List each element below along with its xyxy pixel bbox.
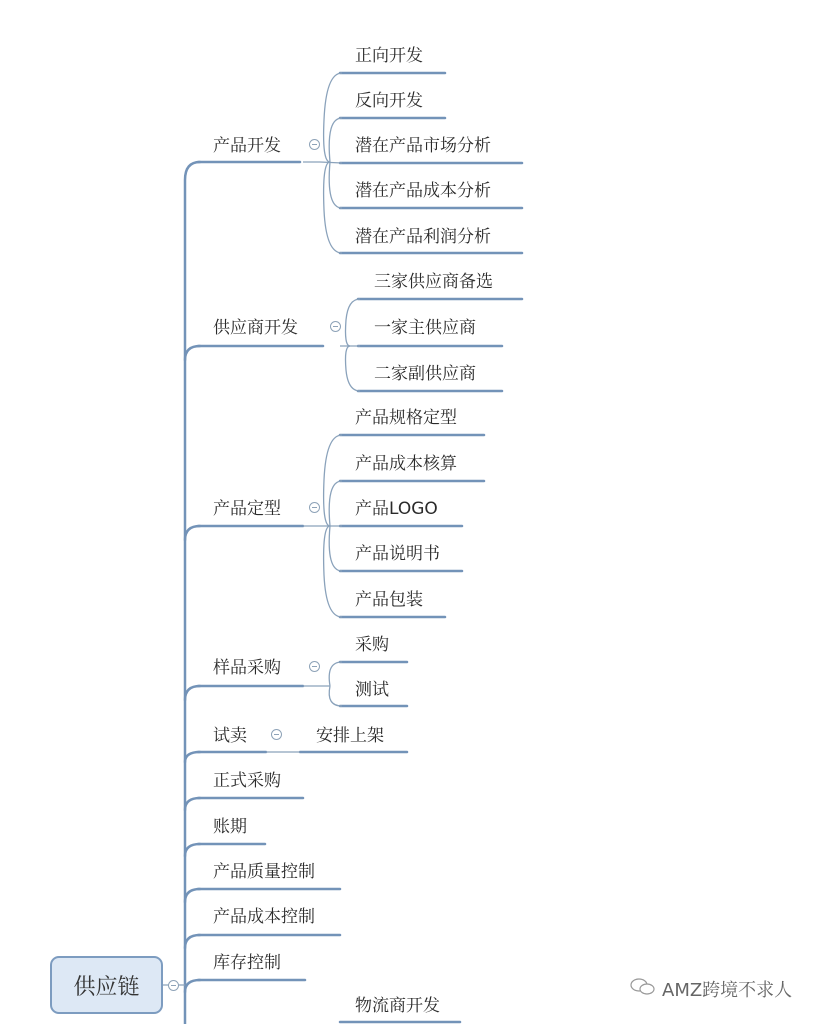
leaf-node[interactable]: 产品规格定型 [355, 408, 457, 428]
collapse-toggle-icon[interactable] [309, 661, 320, 672]
leaf-node[interactable]: 产品说明书 [355, 544, 440, 564]
leaf-node[interactable]: 测试 [355, 680, 389, 700]
leaf-node[interactable]: 三家供应商备选 [374, 272, 493, 292]
watermark-text: AMZ跨境不求人 [662, 976, 792, 1002]
leaf-node[interactable]: 产品LOGO [355, 499, 438, 519]
root-label: 供应链 [73, 970, 139, 1001]
branch-quality-control[interactable]: 产品质量控制 [213, 862, 315, 882]
branch-product-development[interactable]: 产品开发 [213, 136, 281, 156]
leaf-node[interactable]: 二家副供应商 [374, 364, 476, 384]
leaf-node[interactable]: 一家主供应商 [374, 318, 476, 338]
collapse-toggle-icon[interactable] [309, 139, 320, 150]
collapse-toggle-icon[interactable] [330, 321, 341, 332]
collapse-toggle-icon[interactable] [309, 502, 320, 513]
collapse-toggle-icon[interactable] [168, 980, 179, 991]
leaf-node[interactable]: 采购 [355, 635, 389, 655]
leaf-node[interactable]: 潜在产品市场分析 [355, 136, 491, 156]
leaf-node[interactable]: 物流商开发 [355, 996, 440, 1016]
branch-inventory-control[interactable]: 库存控制 [213, 953, 281, 973]
branch-payment-terms[interactable]: 账期 [213, 817, 247, 837]
leaf-node[interactable]: 产品包装 [355, 590, 423, 610]
branch-cost-control[interactable]: 产品成本控制 [213, 907, 315, 927]
branch-product-finalization[interactable]: 产品定型 [213, 499, 281, 519]
leaf-node[interactable]: 潜在产品利润分析 [355, 227, 491, 247]
collapse-toggle-icon[interactable] [271, 729, 282, 740]
leaf-node[interactable]: 反向开发 [355, 91, 423, 111]
branch-supplier-development[interactable]: 供应商开发 [213, 318, 298, 338]
leaf-node[interactable]: 产品成本核算 [355, 454, 457, 474]
branch-formal-purchase[interactable]: 正式采购 [213, 771, 281, 791]
leaf-node[interactable]: 安排上架 [316, 726, 384, 746]
wechat-icon [630, 977, 656, 1002]
branch-sample-purchase[interactable]: 样品采购 [213, 658, 281, 678]
leaf-node[interactable]: 潜在产品成本分析 [355, 181, 491, 201]
root-node[interactable]: 供应链 [50, 956, 163, 1014]
branch-trial-sale[interactable]: 试卖 [213, 726, 247, 746]
watermark: AMZ跨境不求人 [630, 976, 792, 1002]
leaf-node[interactable]: 正向开发 [355, 46, 423, 66]
